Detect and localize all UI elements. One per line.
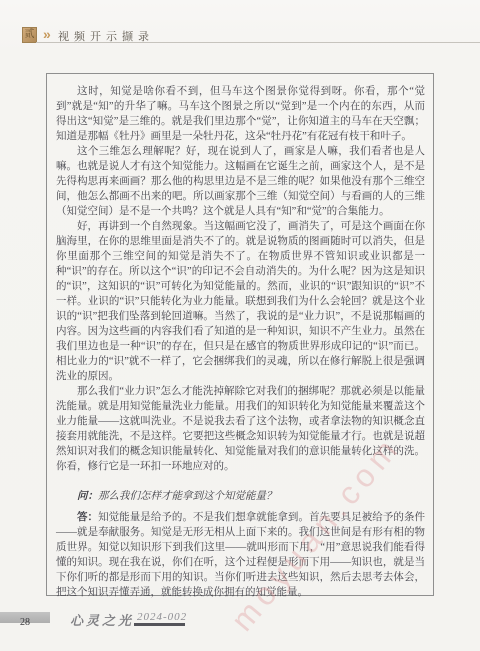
page-header: 贰 » 视频开示撷录	[0, 0, 480, 46]
chevron-right-icon: »	[43, 26, 50, 42]
section-number-badge: 贰	[22, 27, 37, 43]
body-paragraph: 好，再讲到一个自然现象。当这幅画它没了，画消失了，可是这个画面在你脑海里，在你的…	[56, 219, 425, 384]
question-text: 那么我们怎样才能拿到这个知觉能量？	[98, 491, 277, 502]
answer-text: 知觉能量是给予的。不是我们想拿就能拿到。首先要具足被给予的条件——就是奉献服务。…	[56, 512, 425, 598]
issue-underline	[134, 623, 185, 626]
body-paragraph: 那么我们“业力识”怎么才能洗掉解除它对我们的捆绑呢？那就必须是以能量洗能量。就是…	[56, 384, 425, 474]
question-line: 问：那么我们怎样才能拿到这个知觉能量？	[56, 489, 425, 504]
header-divider	[36, 42, 480, 43]
text-content-box: 这时，知觉是啥你看不到，但马车这个图景你觉得到呀。你看，那个“觉到”就是“知”的…	[46, 73, 434, 596]
answer-prefix: 答：	[77, 512, 98, 523]
body-paragraph: 这个三维怎么理解呢？好，现在说到人了，画家是人嘛，我们看者也是人嘛。也就是说人才…	[56, 144, 425, 219]
footer-issue-number: 2024-002	[137, 611, 187, 623]
footer-brand-title: 心灵之光	[70, 610, 134, 629]
body-paragraph: 这时，知觉是啥你看不到，但马车这个图景你觉得到呀。你看，那个“觉到”就是“知”的…	[56, 84, 425, 144]
answer-paragraph: 答：知觉能量是给予的。不是我们想拿就能拿到。首先要具足被给予的条件——就是奉献服…	[56, 510, 425, 600]
page-number-bar: 28	[0, 612, 50, 623]
question-prefix: 问：	[77, 491, 98, 502]
scanned-book-page: 贰 » 视频开示撷录 这时，知觉是啥你看不到，但马车这个图景你觉得到呀。你看，那…	[0, 0, 480, 651]
page-number: 28	[20, 617, 30, 628]
